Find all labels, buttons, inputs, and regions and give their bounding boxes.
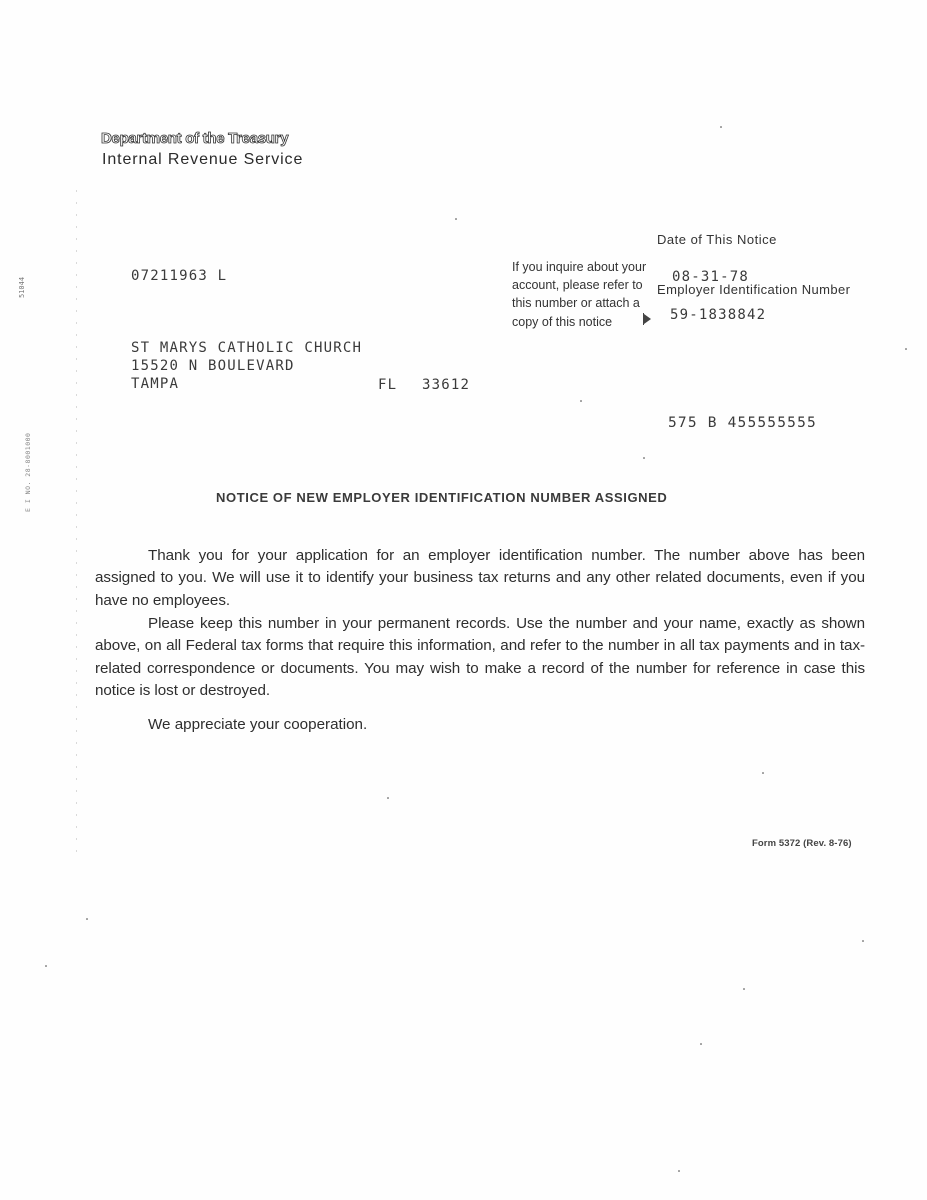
recipient-city: TAMPA (131, 376, 179, 392)
scan-speck (86, 918, 88, 920)
ein-label: Employer Identification Number (657, 282, 850, 297)
scan-speck (643, 457, 645, 459)
recipient-zip: 33612 (422, 377, 470, 393)
recipient-street: 15520 N BOULEVARD (131, 358, 295, 374)
closing-line: We appreciate your cooperation. (148, 716, 367, 733)
side-margin-code: 51044 (18, 277, 26, 298)
body-paragraph: Thank you for your application for an em… (95, 545, 865, 612)
body-paragraph: Please keep this number in your permanen… (95, 613, 865, 702)
irs-notice-page: 51044 E I NO. 28-8001000 Department of t… (0, 0, 927, 1200)
scan-speck (720, 126, 722, 128)
scan-speck (45, 965, 47, 967)
scan-speck (700, 1043, 702, 1045)
reference-code: 575 B 455555555 (668, 415, 817, 431)
scan-speck (905, 348, 907, 350)
scan-speck (455, 218, 457, 220)
side-margin-ein-stamp: E I NO. 28-8001000 (24, 433, 32, 512)
notice-title: NOTICE OF NEW EMPLOYER IDENTIFICATION NU… (216, 490, 667, 505)
account-code: 07211963 L (131, 268, 227, 284)
recipient-name: ST MARYS CATHOLIC CHURCH (131, 340, 362, 356)
recipient-state: FL (378, 377, 397, 393)
date-label: Date of This Notice (657, 232, 777, 247)
arrow-right-icon (644, 314, 651, 324)
scan-speck (862, 940, 864, 942)
scan-speck (743, 988, 745, 990)
scan-speck (678, 1170, 680, 1172)
ein-value: 59-1838842 (670, 307, 766, 323)
scan-speck (387, 797, 389, 799)
agency-name: Internal Revenue Service (102, 151, 303, 169)
perforation-line (76, 190, 77, 860)
form-identifier: Form 5372 (Rev. 8-76) (752, 838, 852, 849)
scan-speck (580, 400, 582, 402)
department-name: Department of the Treasury (101, 130, 288, 147)
scan-speck (762, 772, 764, 774)
inquiry-note: If you inquire about your account, pleas… (512, 258, 662, 331)
